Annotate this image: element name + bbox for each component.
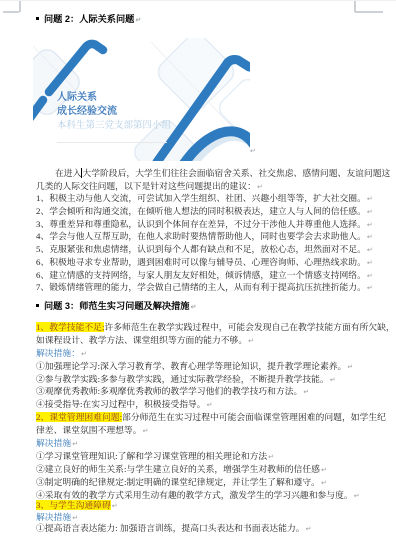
document-page: 问题 2：人际关系问题↵ 人际关系 成长经验交流 [0, 0, 396, 540]
slide-title-line2: 成长经验交流 [57, 105, 171, 119]
pilcrow-mark: ↵ [72, 440, 78, 448]
pilcrow-mark: ↵ [367, 272, 373, 280]
solution-label[interactable]: 解决措施：↵ [36, 347, 366, 360]
communication-problem-body: 3、与学生沟通障碍↵ 解决措施↵ ①提高语言表达能力: 加强语言训练，提高口头表… [36, 500, 366, 535]
paragraph-line[interactable]: 在进入大学阶段后，大学生们往往会面临宿舍关系、社交焦虑、感情问题、友谊问题这 [36, 167, 366, 180]
pilcrow-mark: ↵ [190, 303, 196, 311]
heading-text: 问题 3：师范生实习问题及解决措施 [44, 301, 189, 311]
list-item[interactable]: 6、积极地寻求专业帮助，遇到困难时可以像与辅导员、心理咨询师、心理热线求助。↵ [36, 256, 366, 269]
pilcrow-mark: ↵ [367, 259, 373, 267]
list-item[interactable]: 3、尊重差异和尊重隐私，认识到个体间存在差异，不过分干涉他人并尊重他人选择。↵ [36, 218, 366, 231]
pilcrow-mark: ↵ [112, 502, 118, 510]
list-item[interactable]: 7、锻炼情绪管理的能力，学会做自己情绪的主人，从而有利于提高抗压抗挫折能力。↵ [36, 281, 366, 294]
pilcrow-mark: ↵ [367, 284, 373, 292]
pilcrow-mark: ↵ [81, 350, 87, 358]
slide-title-block: 人际关系 成长经验交流 本科生第三党支部第四小组 [57, 91, 171, 133]
section-heading-problem2[interactable]: 问题 2：人际关系问题↵ [36, 14, 141, 25]
solution-label[interactable]: 解决措施↵ [36, 512, 366, 524]
pilcrow-mark: ↵ [257, 183, 263, 191]
pilcrow-mark: ↵ [72, 514, 78, 522]
highlighted-problem[interactable]: 1、教学技能不足;许多师范生在教学实践过程中，可能会发现自己在教学技能方面有所欠… [36, 321, 366, 334]
solution-step[interactable]: ②建立良好的师生关系:与学生建立良好的关系，增强学生对教师的信任感↵ [36, 463, 366, 476]
slide-title-line1: 人际关系 [57, 91, 171, 105]
solution-step[interactable]: ①提高语言表达能力: 加强语言训练，提高口头表达和书面表达能力。↵ [36, 523, 366, 535]
pilcrow-mark: ↵ [143, 427, 149, 435]
problem-highlight: 3、与学生沟通障碍 [36, 500, 111, 510]
paragraph-line[interactable]: 几类的人际交往问题，以下是针对这些问题提出的建议：↵ [36, 180, 366, 193]
solution-label[interactable]: 解决措施↵ [36, 437, 366, 450]
pilcrow-mark: ↵ [207, 401, 213, 409]
list-bullet-icon [36, 17, 39, 20]
margin-mark-top-left-h [3, 11, 19, 13]
list-item[interactable]: 6、建立情感的支持网络，与家人朋友友好相处，倾诉情感，建立一个情感支持网络。↵ [36, 269, 366, 282]
paragraph-line[interactable]: 律差、课堂氛围不理想等。↵ [36, 424, 366, 437]
problem-highlight: 2、课堂管理困难问题: [36, 412, 122, 422]
list-item[interactable]: 5、克服紧张和焦虑情绪，认识到每个人都有缺点和不足，放松心态，坦然面对不足。↵ [36, 243, 366, 256]
list-item[interactable]: 1、积极主动与他人交流，可尝试加入学生组织、社团、兴趣小组等等，扩大社交圈。↵ [36, 192, 366, 205]
pilcrow-mark: ↵ [367, 246, 373, 254]
margin-mark-top-right-h [355, 11, 383, 13]
problem-highlight: 1、教学技能不足; [36, 322, 104, 332]
section-heading-problem3[interactable]: 问题 3：师范生实习问题及解决措施↵ [36, 301, 196, 312]
pilcrow-mark: ↵ [367, 195, 373, 203]
pilcrow-mark: ↵ [367, 221, 373, 229]
pilcrow-mark: ↵ [321, 466, 327, 474]
solution-step[interactable]: ③观摩优秀教师:多观摩优秀教师的教学学习他们的教学技巧和方法。↵ [36, 385, 366, 398]
pilcrow-mark: ↵ [248, 337, 254, 345]
heading-text: 问题 2：人际关系问题 [44, 14, 134, 24]
list-bullet-icon [36, 304, 39, 307]
pilcrow-mark: ↵ [306, 525, 312, 533]
list-item[interactable]: 4、学会与他人互帮互助，在他人求助时要热情帮助他人，同时也要学会去求助他人。↵ [36, 230, 366, 243]
margin-mark-top-left-v [19, 1, 21, 12]
paragraph-line[interactable]: 如课程设计、教学方法、课堂组织等方面的能力不够。↵ [36, 334, 366, 347]
slide-image[interactable]: 人际关系 成长经验交流 本科生第三党支部第四小组 [33, 38, 250, 161]
pilcrow-mark: ↵ [268, 453, 274, 461]
pilcrow-mark: ↵ [354, 492, 360, 500]
slide-underline-rule [57, 142, 167, 143]
solution-step[interactable]: ②参与教学实践:多参与教学实践，通过实际教学经验，不断提升教学技能。↵ [36, 373, 366, 386]
solution-step[interactable]: ③制定明确的纪律规定:制定明确的课堂纪律规定，并让学生了解和遵守。↵ [36, 476, 366, 489]
pilcrow-mark: ↵ [330, 376, 336, 384]
solution-step[interactable]: ④接受指导:在实习过程中，积极接受指导。↵ [36, 398, 366, 411]
list-item[interactable]: 2、学会倾听和沟通交流，在倾听他人想法的同时积极表达，建立人与人间的信任感。↵ [36, 205, 366, 218]
slide-subtitle: 本科生第三党支部第四小组 [57, 119, 171, 133]
internship-section-body: 1、教学技能不足;许多师范生在教学实践过程中，可能会发现自己在教学技能方面有所欠… [36, 321, 366, 501]
pilcrow-mark: ↵ [347, 363, 353, 371]
pilcrow-mark: ↵ [321, 479, 327, 487]
pilcrow-mark: ↵ [367, 208, 373, 216]
pilcrow-mark: ↵ [135, 16, 141, 24]
solution-step[interactable]: ①学习课堂管理知识:了解和学习课堂管理的相关理论和方法↵ [36, 450, 366, 463]
pilcrow-mark: ↵ [367, 233, 373, 241]
interpersonal-section-body: 在进入大学阶段后，大学生们往往会面临宿舍关系、社交焦虑、感情问题、友谊问题这 几… [36, 167, 366, 294]
highlighted-problem[interactable]: 2、课堂管理困难问题:部分师范生在实习过程中可能会面临课堂管理困难的问题，如学生… [36, 411, 366, 424]
pilcrow-mark: ↵ [250, 147, 256, 155]
highlighted-problem[interactable]: 3、与学生沟通障碍↵ [36, 500, 366, 512]
solution-step[interactable]: ①加强理论学习:深入学习教育学、教育心理学等理论知识，提升教学理论素养。↵ [36, 360, 366, 373]
pilcrow-mark: ↵ [303, 388, 309, 396]
